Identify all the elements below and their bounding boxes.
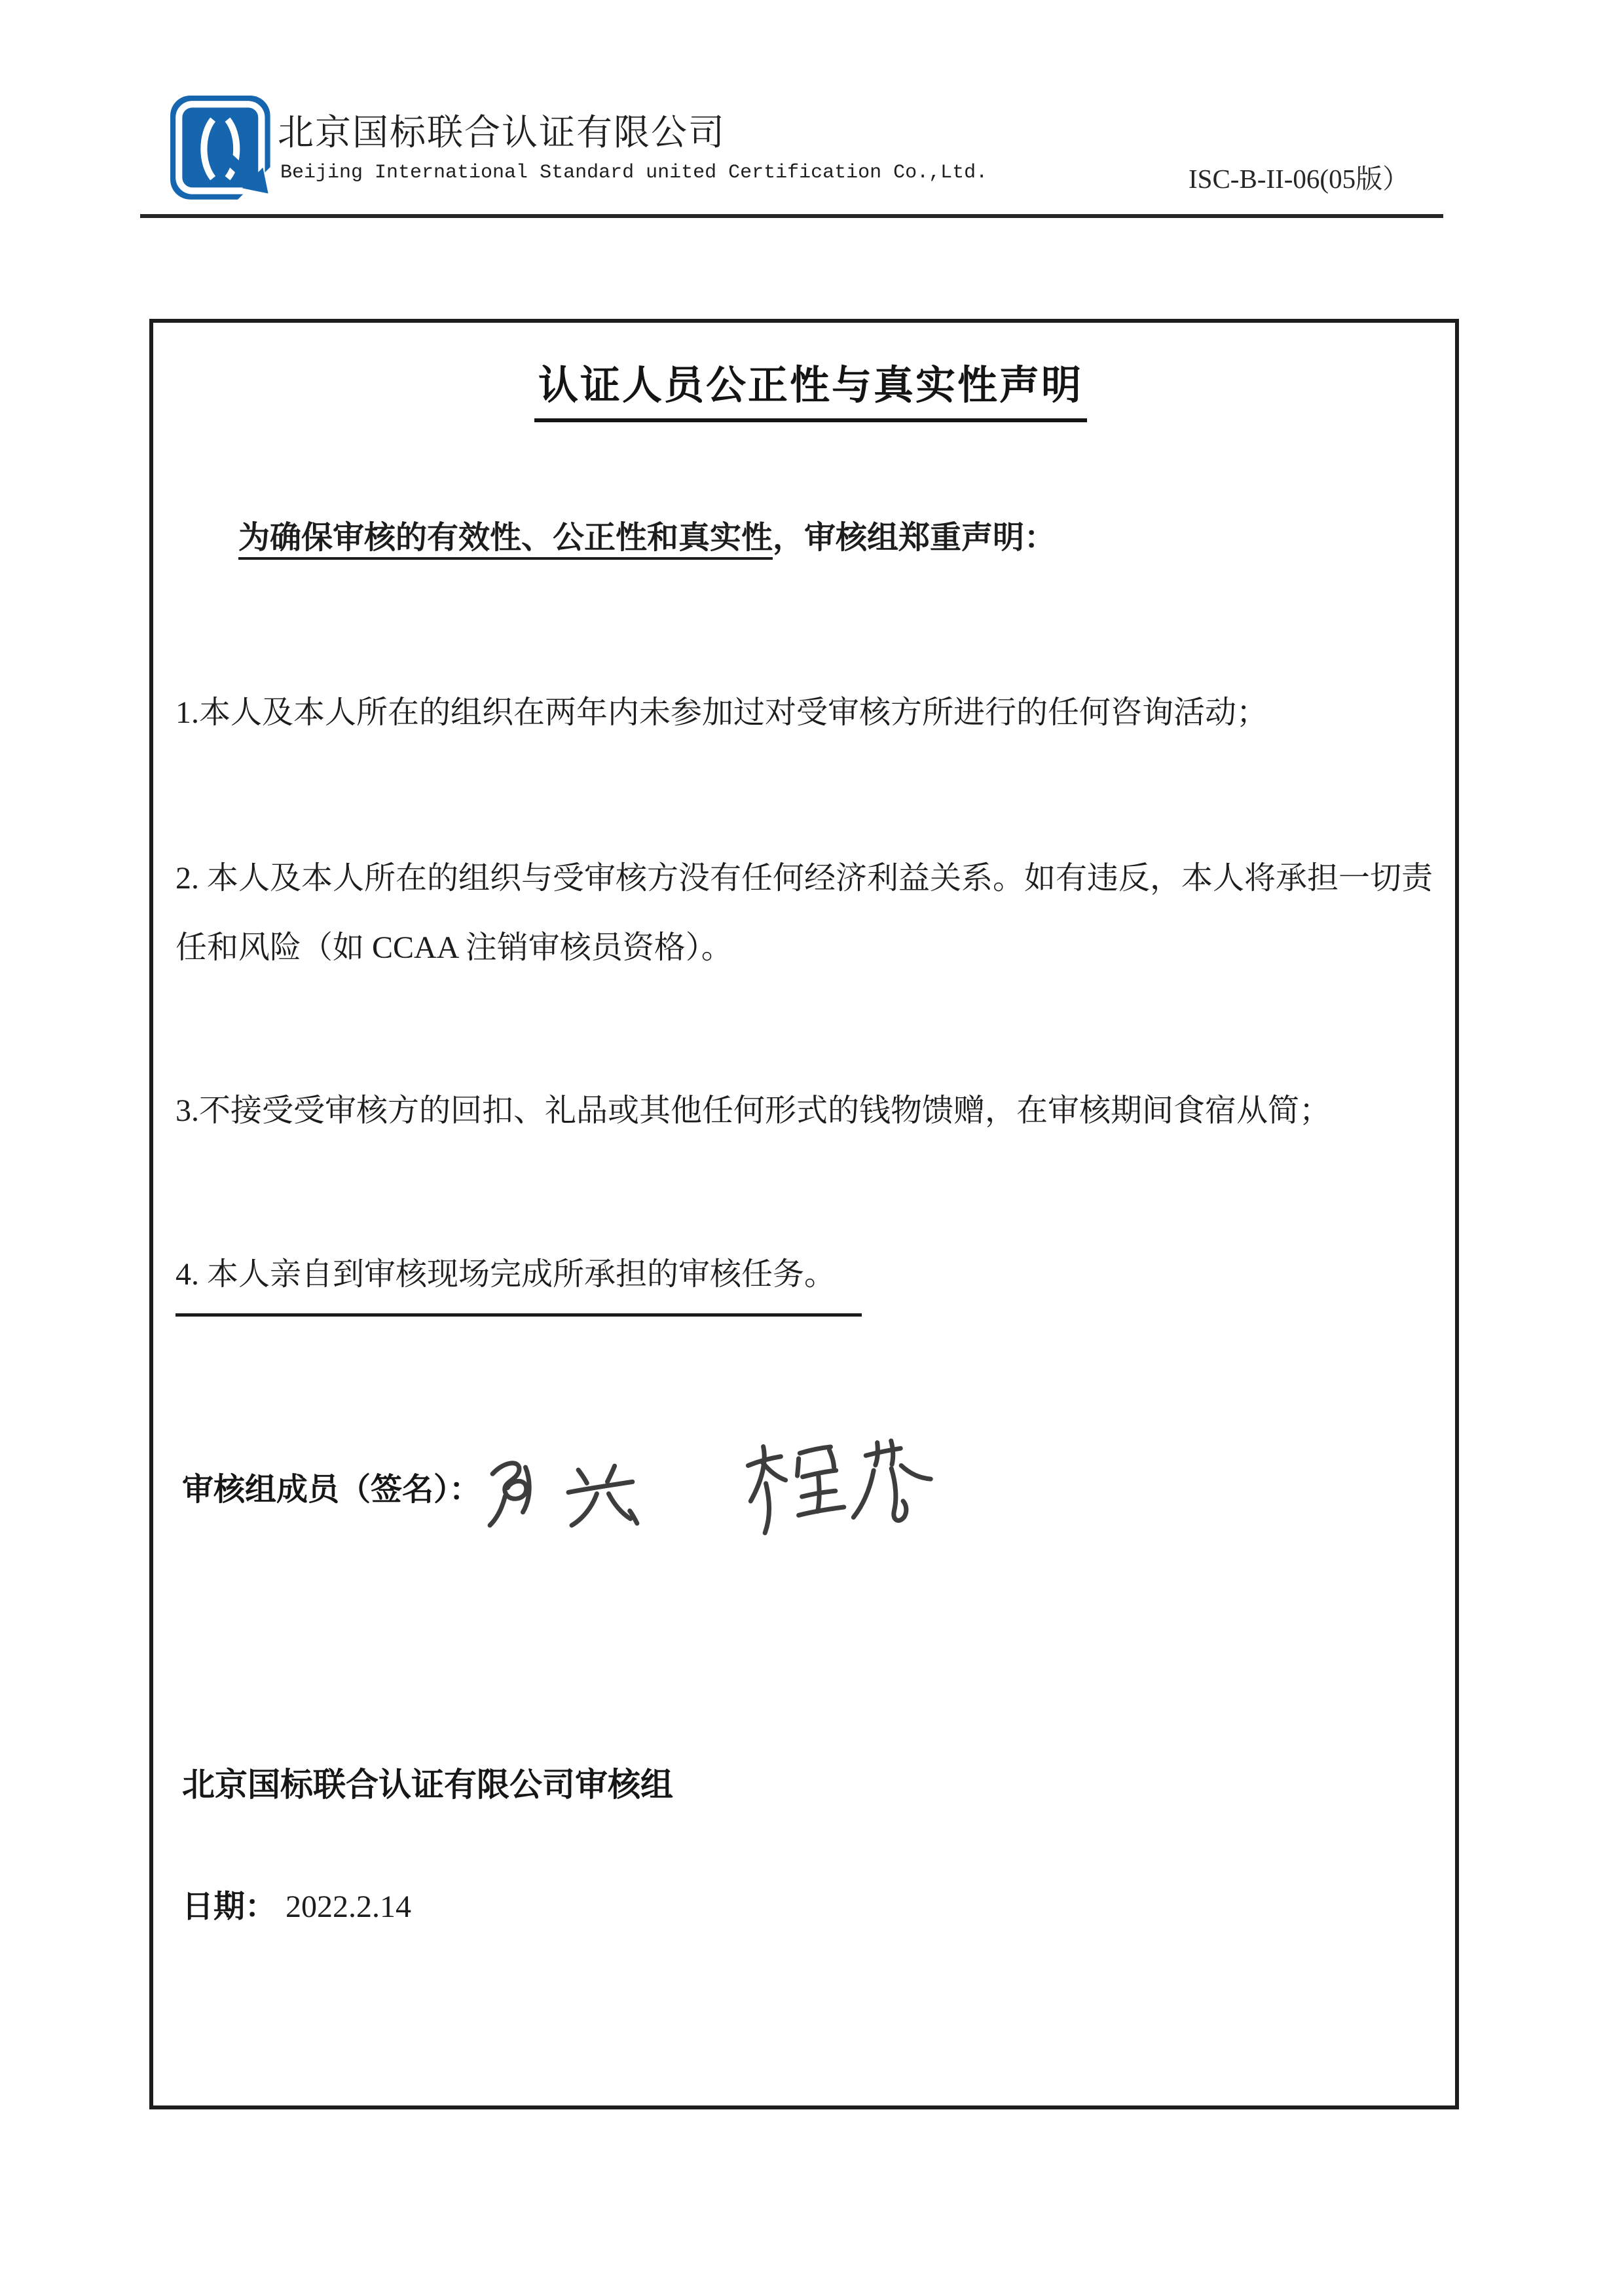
date-value: 2022.2.14 <box>286 1889 411 1924</box>
audit-team-line: 北京国标联合认证有限公司审核组 <box>182 1749 673 1821</box>
declaration-item-1: 1.本人及本人所在的组织在两年内未参加过对受审核方所进行的任何咨询活动； <box>175 678 1449 748</box>
company-logo-icon <box>169 94 286 211</box>
signature-label: 审核组成员（签名）： <box>182 1455 481 1525</box>
intro-rest-text: ，审核组郑重声明： <box>773 520 1056 555</box>
company-name-en: Beijing International Standard united Ce… <box>280 162 987 184</box>
declaration-item-4: 4. 本人亲自到审核现场完成所承担的审核任务。 <box>175 1240 1449 1317</box>
declaration-title-text: 认证人员公正性与真实性声明 <box>534 354 1087 422</box>
intro-underlined-text: 为确保审核的有效性、公正性和真实性 <box>238 520 773 555</box>
header-divider <box>140 214 1443 218</box>
declaration-title: 认证人员公正性与真实性声明 <box>175 354 1446 422</box>
document-code: ISC-B-II-06(05版） <box>1189 157 1409 196</box>
date-line: 日期：2022.2.14 <box>182 1872 411 1942</box>
handwritten-signature-2 <box>743 1429 938 1559</box>
date-label: 日期： <box>182 1889 276 1924</box>
declaration-border-box <box>149 319 1459 2109</box>
company-name-cn: 北京国标联合认证有限公司 <box>278 103 726 155</box>
declaration-item-2: 2. 本人及本人所在的组织与受审核方没有任何经济利益关系。如有违反，本人将承担一… <box>175 844 1449 982</box>
handwritten-signature-1 <box>479 1455 651 1532</box>
declaration-item-4-text: 4. 本人亲自到审核现场完成所承担的审核任务。 <box>175 1240 862 1317</box>
scanned-declaration-page: 北京国标联合认证有限公司 Beijing International Stand… <box>0 0 1624 2296</box>
intro-paragraph: 为确保审核的有效性、公正性和真实性，审核组郑重声明： <box>175 503 1449 573</box>
declaration-item-3: 3.不接受受审核方的回扣、礼品或其他任何形式的钱物馈赠，在审核期间食宿从简； <box>175 1076 1449 1146</box>
